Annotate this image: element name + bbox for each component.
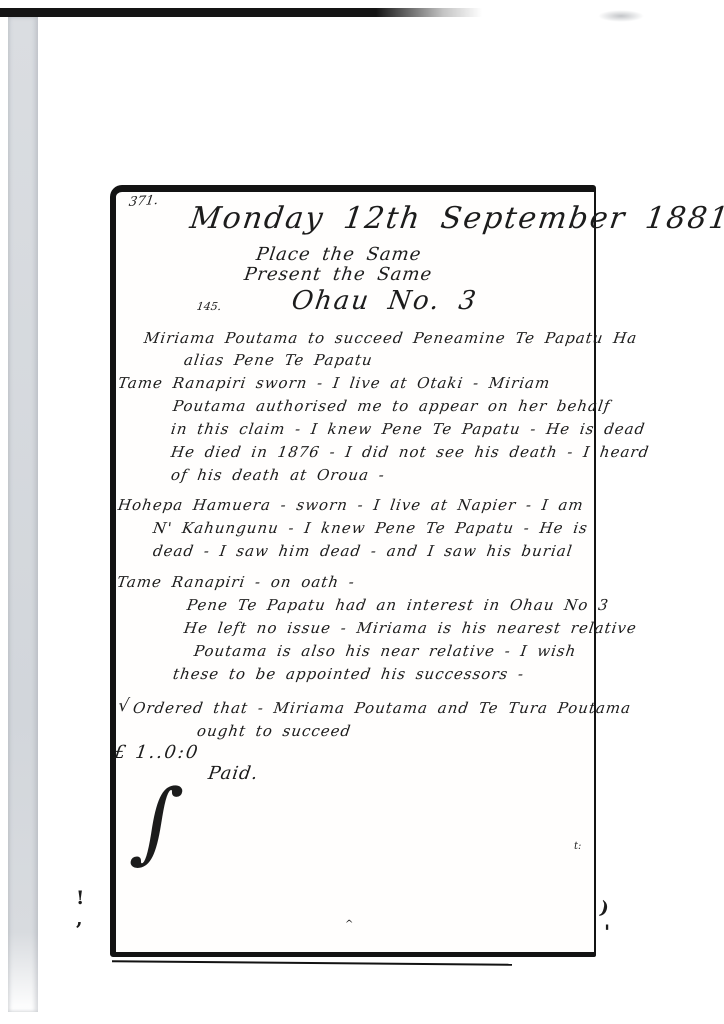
testimony-line: N' Kahungunu - I knew Pene Te Papatu - H… <box>152 521 589 536</box>
testimony-line: of his death at Oroua - <box>170 468 386 483</box>
present-line: Present the Same <box>243 266 433 284</box>
testimony-line: these to be appointed his successors - <box>172 667 525 682</box>
margin-exclamation-mark: ! <box>76 889 84 908</box>
order-check-mark: √ <box>117 698 130 715</box>
order-line: Ordered that - Miriama Poutama and Te Tu… <box>132 701 632 716</box>
folio-number: 371. <box>128 194 159 209</box>
margin-comma-mark: , <box>76 910 83 929</box>
fee-amount: £ 1..0:0 <box>113 744 201 762</box>
scan-edge-bar <box>0 8 482 17</box>
minute-book-page: 371. Monday 12th September 1881 Place th… <box>110 185 596 957</box>
fee-paid-note: Paid. <box>207 765 260 783</box>
case-title: Ohau No. 3 <box>290 288 479 314</box>
ink-speck: t: <box>574 842 581 852</box>
succession-line: Miriama Poutama to succeed Peneamine Te … <box>143 331 638 346</box>
margin-tick-mark: ' <box>604 922 610 942</box>
binding-shadow-strip <box>8 17 38 1012</box>
bottom-rule-overshoot <box>112 960 512 965</box>
place-line: Place the Same <box>255 246 423 264</box>
testimony-line: He left no issue - Miriama is his neares… <box>183 621 638 636</box>
testimony-line: Poutama is also his near relative - I wi… <box>193 644 577 659</box>
testimony-line: Pene Te Papatu had an interest in Ohau N… <box>186 598 610 613</box>
scan-smudge <box>598 10 644 22</box>
testimony-line: Hohepa Hamuera - sworn - I live at Napie… <box>117 498 585 513</box>
testimony-line: Poutama authorised me to appear on her b… <box>172 399 611 414</box>
testimony-line: dead - I saw him dead - and I saw his bu… <box>152 544 574 559</box>
order-line: ought to succeed <box>196 724 352 739</box>
succession-line: alias Pene Te Papatu <box>183 353 374 368</box>
minute-number: 145. <box>196 301 222 312</box>
entry-date-heading: Monday 12th September 1881 <box>188 204 724 234</box>
ink-speck: ^ <box>345 920 353 930</box>
testimony-line: in this claim - I knew Pene Te Papatu - … <box>170 422 646 437</box>
testimony-line: Tame Ranapiri sworn - I live at Otaki - … <box>117 376 551 391</box>
testimony-line: Tame Ranapiri - on oath - <box>116 575 356 590</box>
testimony-line: He died in 1876 - I did not see his deat… <box>170 445 650 460</box>
margin-paren-mark: ) <box>598 899 611 919</box>
pen-flourish: ∫ <box>128 778 186 866</box>
